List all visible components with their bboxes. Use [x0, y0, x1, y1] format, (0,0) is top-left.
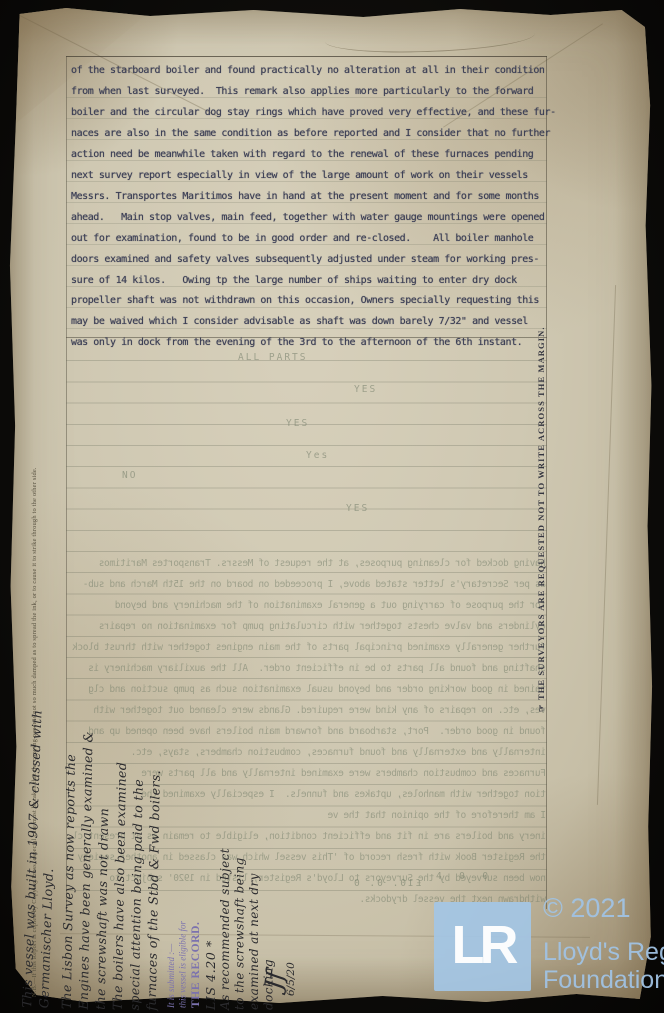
typed-line: sure of 14 kilos. Owing tp the large num…: [71, 271, 549, 292]
stamp-line: THE RECORD.: [189, 850, 204, 1008]
photo-backdrop: of the starboard boiler and found practi…: [0, 0, 664, 1013]
lr-logo-letters: LR: [452, 914, 514, 976]
paper-crease: [597, 285, 616, 805]
bleedthrough-fragment: 4 0 0: [436, 871, 490, 882]
typed-report-text: of the starboard boiler and found practi…: [71, 61, 549, 354]
record-eligibility-stamp: It is submitted :— this vessel is eligib…: [166, 850, 204, 1008]
bleedthrough-fragment: NO: [122, 470, 137, 481]
handwritten-survey-note: The Lisbon Survey as now reports theEngi…: [58, 631, 167, 1011]
bleedthrough-fragment: YES: [354, 384, 377, 395]
bleedthrough-fragment: ALL PARTS: [238, 352, 307, 363]
manicule-icon: ☞: [536, 700, 546, 712]
handwritten-line: As recommended subject: [218, 852, 233, 1010]
watermark-org-line1: Lloyd's Register: [543, 938, 664, 967]
typed-line: naces are also in the same condition as …: [71, 124, 549, 145]
bleedthrough-line: having docked for cleaning purposes, at …: [66, 553, 546, 574]
handwritten-line: to the screwshaft being: [233, 852, 248, 1010]
stamp-line: this vessel is eligible for: [178, 850, 190, 1008]
surveyors-margin-note-text: THE SURVEYORS ARE REQUESTED NOT TO WRITE…: [536, 326, 546, 700]
typed-line: out for examination, found to be in good…: [71, 229, 549, 250]
typed-line: was only in dock from the evening of the…: [71, 333, 549, 354]
watermark-org-line2: Foundation: [543, 966, 664, 995]
bleedthrough-fragment: YES: [346, 503, 369, 514]
bleedthrough-fragment: £10. 0. 0: [352, 878, 421, 889]
typed-line: Messrs. Transportes Maritimos have in ha…: [71, 187, 549, 208]
typed-line: boiler and the circular dog stay rings w…: [71, 103, 549, 124]
typed-line: propeller shaft was not withdrawn on thi…: [71, 291, 549, 312]
bleedthrough-fragment: YES: [286, 418, 309, 429]
typed-line: of the starboard boiler and found practi…: [71, 61, 549, 82]
watermark-copyright: © 2021: [543, 893, 630, 924]
signature-date: 6/5/20: [285, 916, 297, 996]
typed-line: from when last surveyed. This remark als…: [71, 82, 549, 103]
handwritten-record-entry: LIS 4.20 *: [203, 850, 218, 1010]
bleedthrough-line: for the purpose of carrying out a genera…: [66, 595, 546, 616]
bleedthrough-line: as per Secretary's letter stated above, …: [66, 574, 546, 595]
form-border-top: [66, 56, 547, 57]
typed-line: doors examined and safety valves subsequ…: [71, 250, 549, 271]
typed-line: ahead. Main stop valves, main feed, toge…: [71, 208, 549, 229]
typed-line: action need be meanwhile taken with rega…: [71, 145, 549, 166]
bleedthrough-fragment: Yes: [306, 450, 329, 461]
surveyors-margin-note: ☞ THE SURVEYORS ARE REQUESTED NOT TO WRI…: [536, 330, 546, 712]
paper-crease: [325, 20, 536, 54]
typed-line: may be waived which I consider advisable…: [71, 312, 549, 333]
stamp-line: It is submitted :—: [166, 850, 178, 1008]
typed-line: next survey report especially in view of…: [71, 166, 549, 187]
lloyds-register-logo: LR: [434, 902, 531, 991]
